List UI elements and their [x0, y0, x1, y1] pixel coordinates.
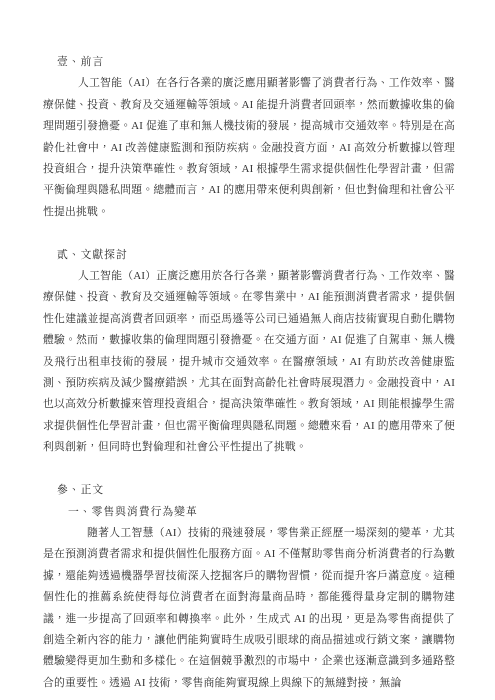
page-number: 1 [0, 652, 495, 668]
paragraph-preface: 人工智能（AI）在各行各業的廣泛應用顯著影響了消費者行為、工作效率、醫療保健、投… [43, 73, 455, 223]
paragraph-literature-review: 人工智能（AI）正廣泛應用於各行各業，顯著影響消費者行為、工作效率、醫療保健、投… [43, 266, 455, 459]
section-preface: 壹、前言 人工智能（AI）在各行各業的廣泛應用顯著影響了消費者行為、工作效率、醫… [43, 52, 455, 223]
subsection-heading-retail-consumer-change: 一、零售與消費行為變革 [68, 502, 455, 523]
section-heading-literature-review: 貳、文獻探討 [57, 245, 455, 266]
section-heading-preface: 壹、前言 [57, 52, 455, 73]
section-heading-main-text: 參、正文 [57, 480, 455, 501]
document-page: 壹、前言 人工智能（AI）在各行各業的廣泛應用顯著影響了消費者行為、工作效率、醫… [0, 0, 495, 700]
paragraph-retail-consumer-change: 隨著人工智慧（AI）技術的飛速發展，零售業正經歷一場深刻的變革，尤其是在預測消費… [43, 523, 455, 694]
section-literature-review: 貳、文獻探討 人工智能（AI）正廣泛應用於各行各業，顯著影響消費者行為、工作效率… [43, 245, 455, 459]
